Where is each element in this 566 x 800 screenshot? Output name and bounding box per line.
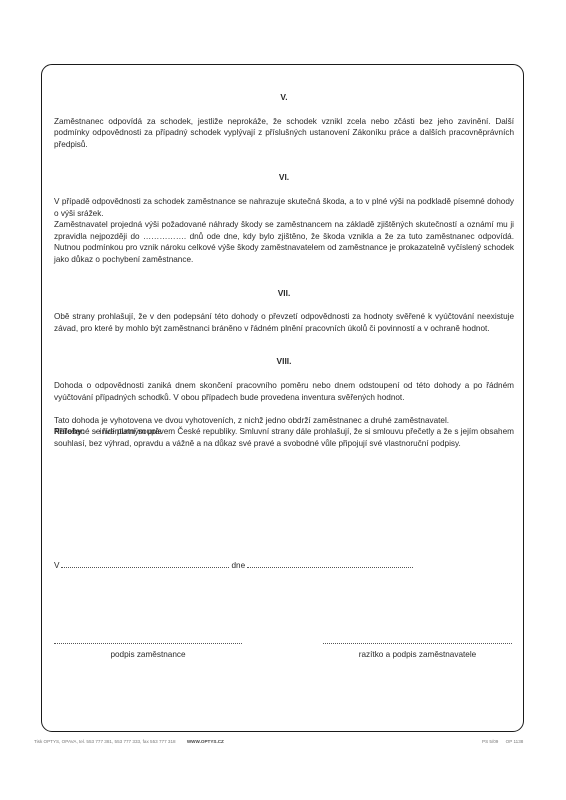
place-label: V — [54, 561, 59, 570]
section-vi-paragraph-1: V případě odpovědnosti za schodek zaměst… — [54, 196, 514, 219]
section-viii-paragraph-1: Dohoda o odpovědnosti zaniká dnem skonče… — [54, 380, 514, 403]
date-field[interactable] — [247, 560, 413, 568]
section-heading-viii: VIII. — [54, 356, 514, 368]
attachments-label: Přílohy: — [54, 427, 84, 436]
website-link[interactable]: WWW.OPTYS.CZ — [187, 739, 224, 744]
attachments: Přílohy: - inventurní soupis — [54, 427, 162, 436]
section-heading-v: V. — [54, 92, 514, 104]
place-date-line: V dne — [54, 560, 415, 570]
employee-signature: podpis zaměstnance — [54, 643, 242, 659]
section-v-paragraph: Zaměstnanec odpovídá za schodek, jestliž… — [54, 116, 514, 151]
employer-signature-line[interactable] — [323, 643, 512, 644]
edition-code: PS 5/09 — [482, 739, 498, 744]
section-viii-paragraph-2: Tato dohoda je vyhotovena ve dvou vyhoto… — [54, 415, 514, 427]
section-heading-vi: VI. — [54, 172, 514, 184]
employee-signature-label: podpis zaměstnance — [110, 650, 185, 659]
section-vii-paragraph: Obě strany prohlašují, že v den podepsán… — [54, 311, 514, 334]
place-field[interactable] — [61, 560, 229, 568]
footer-printer-info: Tisk OPTYS, OPAVA, tel. 553 777 381, 553… — [34, 739, 224, 744]
printer-text: Tisk OPTYS, OPAVA, tel. 553 777 381, 553… — [34, 739, 176, 744]
form-code: OP 1138 — [506, 739, 524, 744]
employee-signature-line[interactable] — [54, 643, 242, 644]
document-body: V. Zaměstnanec odpovídá za schodek, jest… — [54, 92, 514, 449]
attachment-item: - inventurní soupis — [95, 427, 162, 436]
employer-signature: razítko a podpis zaměstnavatele — [323, 643, 512, 659]
employer-signature-label: razítko a podpis zaměstnavatele — [359, 650, 476, 659]
section-vi-paragraph-2: Zaměstnavatel projedná výši požadované n… — [54, 219, 514, 265]
footer-form-codes: PS 5/09 OP 1138 — [482, 739, 523, 744]
section-heading-vii: VII. — [54, 288, 514, 300]
date-label: dne — [231, 561, 245, 570]
